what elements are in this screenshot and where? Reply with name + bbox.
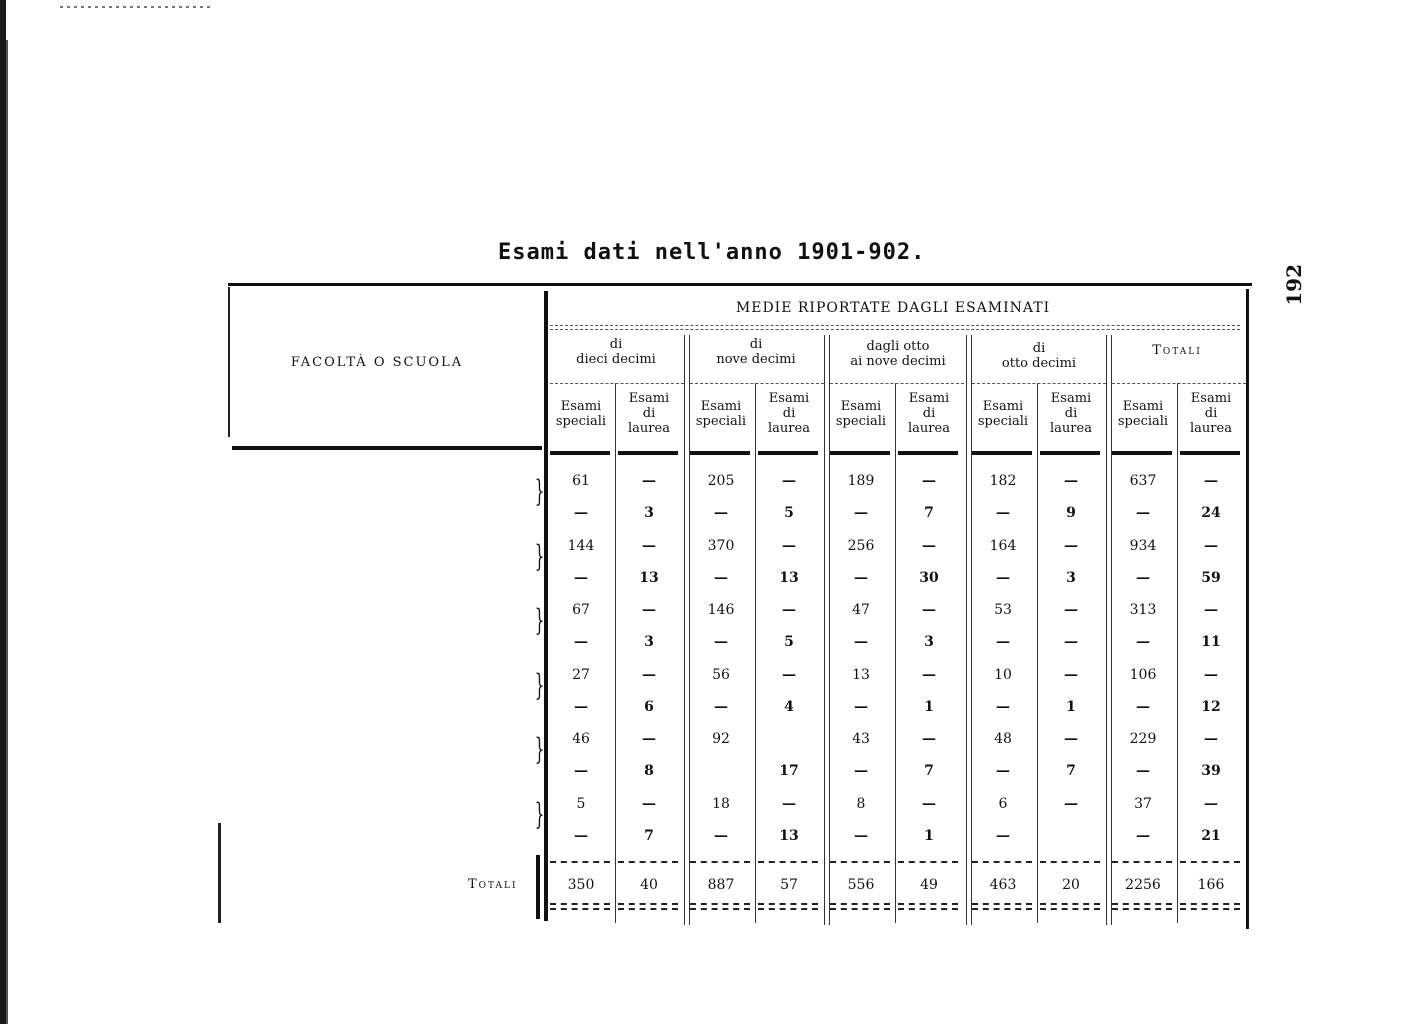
totals-top-rule (1112, 861, 1172, 863)
table-cell: — (1041, 731, 1101, 747)
table-cell: 7 (619, 828, 679, 844)
brace-icon: } (535, 671, 545, 701)
totals-bottom-rule (972, 903, 1032, 910)
subheader-line: Esami (616, 391, 682, 406)
totals-cell: 2256 (1113, 877, 1173, 893)
subheader-esami-di-laurea: Esamidilaurea (896, 391, 962, 436)
table-cell: — (1041, 473, 1101, 489)
subheader-underline (1040, 451, 1100, 455)
subheader-underline (830, 451, 890, 455)
table-cell: 1 (1041, 699, 1101, 715)
table-cell: — (551, 505, 611, 521)
totals-top-rule (898, 861, 958, 863)
totals-cell: 463 (973, 877, 1033, 893)
table-cell: — (1113, 763, 1173, 779)
table-cell: — (619, 473, 679, 489)
column-divider (755, 383, 756, 923)
row-header: FACOLTÀ O SCUOLA (218, 355, 536, 370)
subheader-esami-speciali: Esamispeciali (1110, 399, 1176, 429)
table-cell: — (619, 667, 679, 683)
totals-cell: 40 (619, 877, 679, 893)
table-cell: — (1181, 602, 1241, 618)
table-cell: 1 (899, 828, 959, 844)
table-cell: — (691, 505, 751, 521)
group-otto-decimi: di otto decimi (970, 341, 1108, 371)
label-divider (544, 291, 548, 921)
subheader-esami-di-laurea: Esamidilaurea (1178, 391, 1244, 436)
table-cell: 7 (899, 505, 959, 521)
table-cell: — (1181, 538, 1241, 554)
totals-cell: 20 (1041, 877, 1101, 893)
table-cell: 8 (619, 763, 679, 779)
subheader-line: di (896, 406, 962, 421)
table-cell: — (759, 538, 819, 554)
group-totali: Totali (1110, 343, 1244, 358)
group-line1: di (688, 337, 824, 352)
group-line1: di (548, 337, 684, 352)
subheader-line: Esami (970, 399, 1036, 414)
table-cell: 637 (1113, 473, 1173, 489)
group-line2: Totali (1110, 343, 1244, 358)
table-cell: 27 (551, 667, 611, 683)
group-line1: dagli otto (828, 339, 968, 354)
totals-cell: 887 (691, 877, 751, 893)
table-cell: 92 (691, 731, 751, 747)
column-divider (895, 383, 896, 923)
table-cell: 164 (973, 538, 1033, 554)
subheader-line: Esami (548, 399, 614, 414)
subheader-line: Esami (756, 391, 822, 406)
table-cell: 189 (831, 473, 891, 489)
group-otto-nove-decimi: dagli otto ai nove decimi (828, 339, 968, 369)
table-cell: 46 (551, 731, 611, 747)
table-cell: — (831, 699, 891, 715)
subheader-line: speciali (1110, 414, 1176, 429)
subheader-esami-di-laurea: Esamidilaurea (756, 391, 822, 436)
totals-top-rule (1180, 861, 1240, 863)
table-cell: — (1113, 699, 1173, 715)
column-divider (1177, 383, 1178, 923)
table-cell: 9 (1041, 505, 1101, 521)
totals-bottom-rule (758, 903, 818, 910)
totals-label: Totali (468, 877, 518, 892)
table-cell: 3 (619, 634, 679, 650)
table-cell: — (1041, 538, 1101, 554)
subheader-rule (550, 383, 684, 384)
subheader-underline (550, 451, 610, 455)
table-cell: — (899, 473, 959, 489)
column-divider (1037, 383, 1038, 923)
table-cell: — (551, 634, 611, 650)
table-cell: 4 (759, 699, 819, 715)
subheader-rule (972, 383, 1106, 384)
totals-bottom-rule (690, 903, 750, 910)
table-cell: 47 (831, 602, 891, 618)
subheader-line: Esami (1038, 391, 1104, 406)
table-cell: 6 (973, 796, 1033, 812)
table-cell: — (1041, 796, 1101, 812)
subheader-line: speciali (828, 414, 894, 429)
table-cell: 11 (1181, 634, 1241, 650)
totals-top-rule (1040, 861, 1100, 863)
table-cell: — (899, 602, 959, 618)
table-cell: — (619, 796, 679, 812)
subheader-line: Esami (896, 391, 962, 406)
subheader-underline (972, 451, 1032, 455)
group-line2: nove decimi (688, 352, 824, 367)
table-cell: 18 (691, 796, 751, 812)
group-header: MEDIE RIPORTATE DAGLI ESAMINATI (546, 300, 1240, 316)
brace-icon: } (535, 542, 545, 572)
table-cell: — (691, 828, 751, 844)
subheader-underline (690, 451, 750, 455)
table-cell: 53 (973, 602, 1033, 618)
subheader-underline (898, 451, 958, 455)
totals-cell: 57 (759, 877, 819, 893)
table-cell: 8 (831, 796, 891, 812)
table-cell: — (1113, 634, 1173, 650)
table-cell: — (759, 473, 819, 489)
table-cell: — (1181, 796, 1241, 812)
totals-left-rule (536, 855, 540, 919)
table-cell: 12 (1181, 699, 1241, 715)
table-cell: — (1113, 505, 1173, 521)
subheader-line: laurea (896, 421, 962, 436)
group-dieci-decimi: di dieci decimi (548, 337, 684, 367)
totals-cell: 166 (1181, 877, 1241, 893)
subheader-line: speciali (688, 414, 754, 429)
table-cell: — (619, 538, 679, 554)
table-cell: — (551, 699, 611, 715)
subheader-line: laurea (1038, 421, 1104, 436)
table-cell: — (619, 731, 679, 747)
group-header-rule (550, 325, 1240, 326)
group-line2: otto decimi (970, 356, 1108, 371)
subheader-line: Esami (688, 399, 754, 414)
totals-top-rule (972, 861, 1032, 863)
subheader-underline (618, 451, 678, 455)
table-cell: — (831, 634, 891, 650)
table-cell: 205 (691, 473, 751, 489)
totals-top-rule (618, 861, 678, 863)
totals-cell: 556 (831, 877, 891, 893)
table-cell: — (831, 828, 891, 844)
table-cell: 13 (759, 570, 819, 586)
table-cell: — (1113, 828, 1173, 844)
table-cell: — (759, 602, 819, 618)
brace-icon: } (535, 477, 545, 507)
totals-top-rule (830, 861, 890, 863)
table-cell: — (691, 634, 751, 650)
table-cell: 106 (1113, 667, 1173, 683)
table-cell: 37 (1113, 796, 1173, 812)
top-rule (228, 283, 1252, 286)
group-nove-decimi: di nove decimi (688, 337, 824, 367)
subheader-underline (1112, 451, 1172, 455)
subheader-rule (1112, 383, 1246, 384)
subheader-line: Esami (1110, 399, 1176, 414)
page-title: Esami dati nell'anno 1901-902. (498, 240, 925, 265)
table-cell: 7 (899, 763, 959, 779)
totals-bottom-rule (1180, 903, 1240, 910)
group-header-rule2 (550, 329, 1240, 330)
table-cell: 934 (1113, 538, 1173, 554)
totals-bottom-rule (898, 903, 958, 910)
totals-cell: 350 (551, 877, 611, 893)
table-cell: — (691, 570, 751, 586)
totals-bottom-rule (618, 903, 678, 910)
subheader-line: laurea (756, 421, 822, 436)
totals-bottom-rule (830, 903, 890, 910)
subheader-underline (1180, 451, 1240, 455)
subheader-line: Esami (828, 399, 894, 414)
table-cell: 10 (973, 667, 1033, 683)
table-cell: — (899, 796, 959, 812)
subheader-line: speciali (548, 414, 614, 429)
table-cell: 229 (1113, 731, 1173, 747)
table-cell: — (831, 763, 891, 779)
table-cell: 59 (1181, 570, 1241, 586)
table-cell: — (899, 731, 959, 747)
table-cell: 5 (759, 634, 819, 650)
table-cell: — (973, 828, 1033, 844)
totals-top-rule (690, 861, 750, 863)
table-cell: 370 (691, 538, 751, 554)
table-cell: — (899, 667, 959, 683)
table-cell: — (831, 570, 891, 586)
table-cell: — (551, 763, 611, 779)
subheader-rule (830, 383, 964, 384)
table-cell: — (1041, 634, 1101, 650)
totals-bottom-rule (1112, 903, 1172, 910)
subheader-line: di (616, 406, 682, 421)
table-cell: 182 (973, 473, 1033, 489)
table-cell: 3 (899, 634, 959, 650)
table-cell: — (973, 634, 1033, 650)
table-cell: 21 (1181, 828, 1241, 844)
totals-bottom-rule (1040, 903, 1100, 910)
group-line2: ai nove decimi (828, 354, 968, 369)
table-cell: — (759, 667, 819, 683)
table-cell: — (551, 570, 611, 586)
table-cell: 39 (1181, 763, 1241, 779)
table-cell: — (1181, 731, 1241, 747)
table-cell: 5 (551, 796, 611, 812)
table-cell: 6 (619, 699, 679, 715)
table-cell: 43 (831, 731, 891, 747)
table-cell: 17 (759, 763, 819, 779)
table-cell: 48 (973, 731, 1033, 747)
table-cell: — (831, 505, 891, 521)
totals-cell: 49 (899, 877, 959, 893)
totals-top-rule (550, 861, 610, 863)
group-line2: dieci decimi (548, 352, 684, 367)
table-cell: 313 (1113, 602, 1173, 618)
table-cell: — (973, 699, 1033, 715)
group-line1: di (970, 341, 1108, 356)
table-cell: — (619, 602, 679, 618)
table-cell: 13 (831, 667, 891, 683)
table-cell: — (973, 570, 1033, 586)
table-cell: 7 (1041, 763, 1101, 779)
right-rule (1246, 289, 1249, 929)
subheader-line: Esami (1178, 391, 1244, 406)
table-cell: — (1041, 667, 1101, 683)
brace-icon: } (535, 606, 545, 636)
table-cell: — (1181, 667, 1241, 683)
totals-bottom-rule (550, 903, 610, 910)
subheader-esami-speciali: Esamispeciali (828, 399, 894, 429)
table-cell: 256 (831, 538, 891, 554)
table-cell: 24 (1181, 505, 1241, 521)
subheader-esami-speciali: Esamispeciali (688, 399, 754, 429)
table-cell: 146 (691, 602, 751, 618)
table-cell: — (551, 828, 611, 844)
subheader-line: di (1038, 406, 1104, 421)
subheader-line: di (1178, 406, 1244, 421)
scan-edge-shadow (6, 40, 8, 1024)
subheader-underline (758, 451, 818, 455)
subheader-esami-di-laurea: Esamidilaurea (1038, 391, 1104, 436)
subheader-esami-speciali: Esamispeciali (970, 399, 1036, 429)
column-divider (615, 383, 616, 923)
table-cell: 1 (899, 699, 959, 715)
scan-noise (60, 6, 210, 8)
table-cell: 3 (619, 505, 679, 521)
table-cell: — (973, 763, 1033, 779)
table-cell: — (759, 796, 819, 812)
subheader-esami-speciali: Esamispeciali (548, 399, 614, 429)
totals-top-rule (758, 861, 818, 863)
subheader-esami-di-laurea: Esamidilaurea (616, 391, 682, 436)
subheader-line: laurea (616, 421, 682, 436)
table-cell: 30 (899, 570, 959, 586)
subheader-line: speciali (970, 414, 1036, 429)
exam-table: FACOLTÀ O SCUOLA MEDIE RIPORTATE DAGLI E… (218, 283, 1252, 928)
table-cell: 56 (691, 667, 751, 683)
table-cell: 61 (551, 473, 611, 489)
table-cell: 67 (551, 602, 611, 618)
subheader-rule (690, 383, 824, 384)
table-cell: 13 (619, 570, 679, 586)
left-rule-lower (218, 823, 221, 923)
table-cell: — (1041, 602, 1101, 618)
subheader-line: laurea (1178, 421, 1244, 436)
table-cell: 144 (551, 538, 611, 554)
table-cell: 3 (1041, 570, 1101, 586)
header-bottom-rule (232, 446, 542, 450)
table-cell: — (973, 505, 1033, 521)
brace-icon: } (535, 735, 545, 765)
brace-icon: } (535, 800, 545, 830)
table-cell: 5 (759, 505, 819, 521)
table-cell: — (1113, 570, 1173, 586)
table-cell: — (1181, 473, 1241, 489)
subheader-line: di (756, 406, 822, 421)
table-cell: — (899, 538, 959, 554)
table-cell: — (691, 699, 751, 715)
page-number: 192 (1282, 264, 1306, 306)
table-cell: 13 (759, 828, 819, 844)
